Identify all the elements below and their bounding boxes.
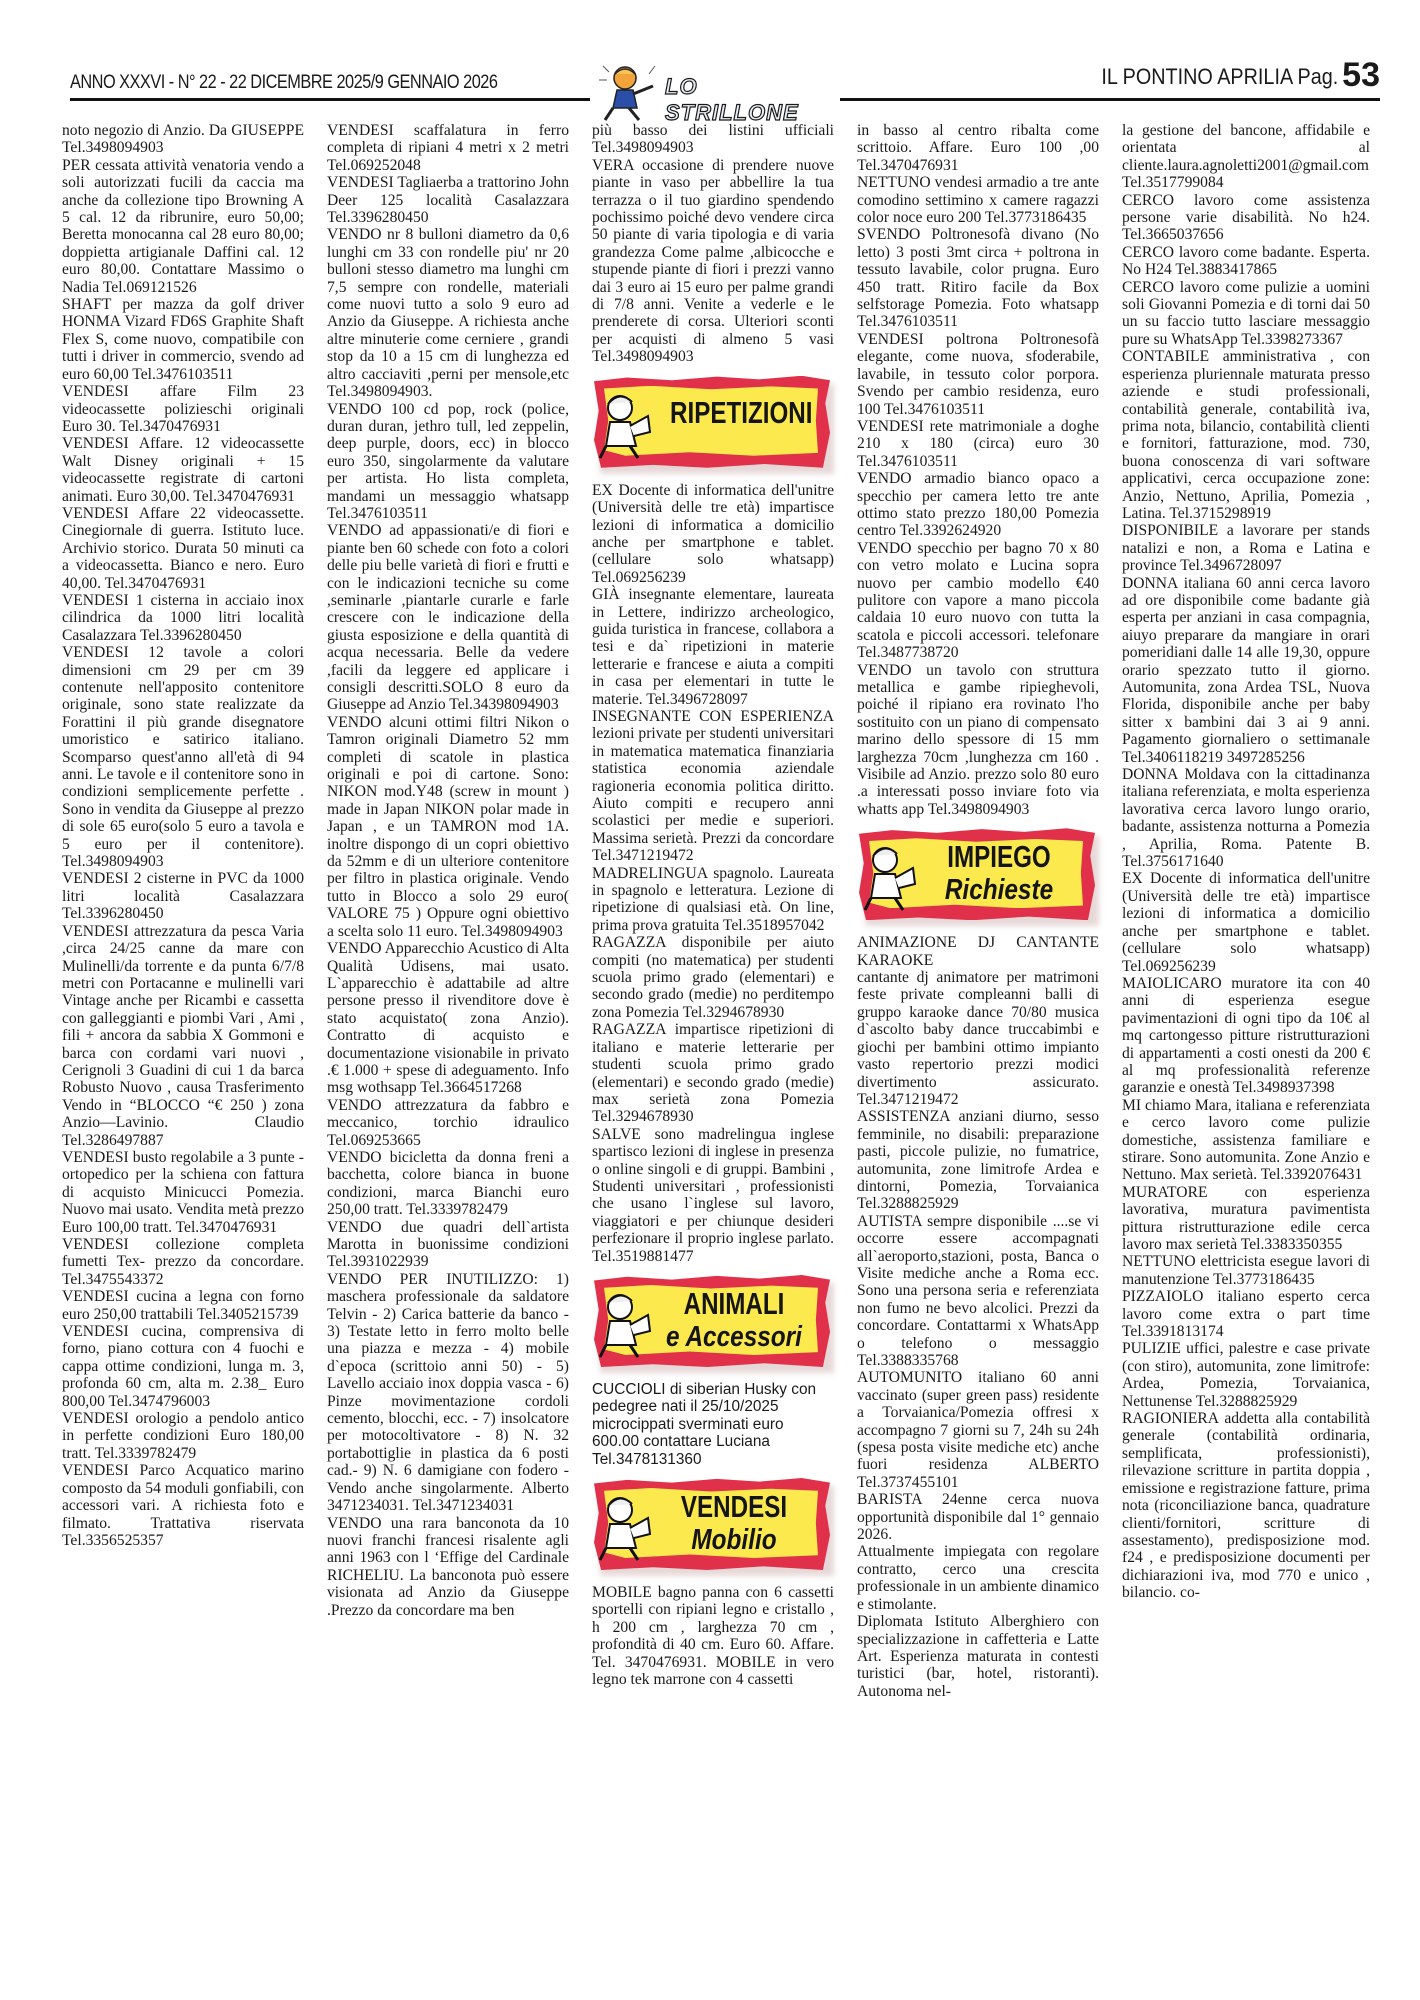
classified-ad: in basso al centro ribalta come scrittoi… [857, 122, 1099, 174]
classified-ad: VERA occasione di prendere nuove piante … [592, 157, 834, 366]
header-rule-left [70, 98, 590, 101]
page-info: IL PONTINO APRILIA Pag. 53 [1075, 58, 1380, 92]
classified-ad: CERCO lavoro come badante. Esperta. No H… [1122, 244, 1370, 279]
newsboy-mascot-icon [590, 1488, 652, 1564]
classified-ad: PER cessata attività venatoria vendo a s… [62, 157, 304, 296]
classified-ad: VENDESI Parco Acquatico marino composto … [62, 1462, 304, 1549]
classified-ad: più basso dei listini ufficiali Tel.3498… [592, 122, 834, 157]
newsboy-mascot-icon [595, 60, 665, 122]
classified-ad: PULIZIE uffici, palestre e case private … [1122, 1340, 1370, 1410]
banner-subtitle: e Accessori [665, 1321, 803, 1353]
classified-ad: NETTUNO elettricista esegue lavori di ma… [1122, 1253, 1370, 1288]
column-4: in basso al centro ribalta come scrittoi… [857, 122, 1099, 1700]
classified-ad: VENDESI scaffalatura in ferro completa d… [327, 122, 569, 174]
section-banner-animali: ANIMALI e Accessori [594, 1275, 830, 1367]
classified-ad: VENDO bicicletta da donna freni a bacche… [327, 1149, 569, 1219]
page-header: ANNO XXXVI - N° 22 - 22 DICEMBRE 2025/9 … [70, 58, 1380, 118]
classified-ad: EX Docente di informatica dell'unitre (U… [1122, 870, 1370, 974]
classified-ad: DONNA italiana 60 anni cerca lavoro ad o… [1122, 575, 1370, 766]
classified-ad: ASSISTENZA anziani diurno, sesso femmini… [857, 1108, 1099, 1212]
classified-ad: RAGAZZA impartisce ripetizioni di italia… [592, 1021, 834, 1125]
classified-ad: VENDESI 12 tavole a colori dimensioni cm… [62, 644, 304, 870]
classified-ad: VENDESI cucina, comprensiva di forno, pi… [62, 1323, 304, 1410]
classified-ad: VENDESI collezione completa fumetti Tex-… [62, 1236, 304, 1288]
classified-ad: cantante dj animatore per matrimoni fest… [857, 969, 1099, 1108]
classified-ad: MURATORE con esperienza lavorativa, mura… [1122, 1184, 1370, 1254]
classified-ad: VENDO nr 8 bulloni diametro da 0,6 lungh… [327, 226, 569, 400]
banner-title: RIPETIZIONI [670, 396, 798, 430]
issue-line: ANNO XXXVI - N° 22 - 22 DICEMBRE 2025/9 … [70, 72, 497, 94]
classified-ad: VENDESI rete matrimoniale a doghe 210 x … [857, 418, 1099, 470]
classified-ad: AUTISTA sempre disponibile ....se vi occ… [857, 1213, 1099, 1370]
classified-ad: VENDO ad appassionati/e di fiori e piant… [327, 522, 569, 713]
classified-ad: DONNA Moldava con la cittadinanza italia… [1122, 766, 1370, 870]
classified-ad: NETTUNO vendesi armadio a tre ante comod… [857, 174, 1099, 226]
classified-ad: VENDESI poltrona Poltronesofà elegante, … [857, 331, 1099, 418]
column-5: la gestione del bancone, affidabile e or… [1122, 122, 1370, 1602]
classified-ad: la gestione del bancone, affidabile e or… [1122, 122, 1370, 192]
classified-ad: RAGAZZA disponibile per aiuto compiti (n… [592, 934, 834, 1021]
classified-ad: VENDESI cucina a legna con forno euro 25… [62, 1288, 304, 1323]
banner-title: ANIMALI [670, 1287, 798, 1321]
classified-ad: CERCO lavoro come pulizie a uomini soli … [1122, 279, 1370, 349]
classified-ad: MI chiamo Mara, italiana e referenziata … [1122, 1097, 1370, 1184]
section-banner-impiego: IMPIEGO Richieste [859, 828, 1095, 920]
newsboy-mascot-icon [590, 1285, 652, 1361]
column-2: VENDESI scaffalatura in ferro completa d… [327, 122, 569, 1619]
section-banner-ripetizioni: RIPETIZIONI [594, 376, 830, 468]
classified-ad: INSEGNANTE CON ESPERIENZA lezioni privat… [592, 708, 834, 865]
classified-ad-heading: ANIMAZIONE DJ CANTANTE KARAOKE [857, 934, 1099, 969]
classified-ad: VENDESI orologio a pendolo antico in per… [62, 1410, 304, 1462]
classified-ad: DISPONIBILE a lavorare per stands natali… [1122, 522, 1370, 574]
classified-ad: SHAFT per mazza da golf driver HONMA Viz… [62, 296, 304, 383]
classified-ad: MAIOLICARO muratore ita con 40 anni di e… [1122, 975, 1370, 1097]
logo-text: LO STRILLONE [665, 74, 835, 126]
classified-ad: VENDO 100 cd pop, rock (police, duran du… [327, 401, 569, 523]
classified-ad: noto negozio di Anzio. Da GIUSEPPE Tel.3… [62, 122, 304, 157]
classified-ad: VENDESI busto regolabile a 3 punte - ort… [62, 1149, 304, 1236]
classified-ad: VENDESI 1 cisterna in acciaio inox cilin… [62, 592, 304, 644]
classified-ad: VENDESI 2 cisterne in PVC da 1000 litri … [62, 870, 304, 922]
header-rule-right [840, 98, 1380, 101]
classified-ad: VENDO PER INUTILIZZO: 1) maschera profes… [327, 1271, 569, 1515]
classified-ad: BARISTA 24enne cerca nuova opportunità d… [857, 1491, 1099, 1543]
column-1: noto negozio di Anzio. Da GIUSEPPE Tel.3… [62, 122, 304, 1549]
classified-ad: MOBILE bagno panna con 6 cassetti sporte… [592, 1584, 834, 1688]
classified-ad: EX Docente di informatica dell'unitre (U… [592, 482, 834, 586]
classified-ad: VENDO specchio per bagno 70 x 80 con vet… [857, 540, 1099, 662]
section-banner-mobilio: VENDESI Mobilio [594, 1478, 830, 1570]
classified-ad: VENDESI Tagliaerba a trattorino John Dee… [327, 174, 569, 226]
classified-ad: SALVE sono madrelingua inglese spartisco… [592, 1126, 834, 1265]
classified-ad: CONTABILE amministrativa , con esperienz… [1122, 348, 1370, 522]
classified-ad: GIÀ insegnante elementare, laureata in L… [592, 586, 834, 708]
classified-ad: VENDO due quadri dell`artista Marotta in… [327, 1219, 569, 1271]
classified-ad: VENDESI Affare 22 videocassette. Cinegio… [62, 505, 304, 592]
classified-ad: VENDO una rara banconota da 10 nuovi fra… [327, 1515, 569, 1619]
classified-ad: AUTOMUNITO italiano 60 anni vaccinato (s… [857, 1369, 1099, 1491]
classified-ad: SVENDO Poltronesofà divano (No letto) 3 … [857, 226, 1099, 330]
classified-ad: VENDESI Affare. 12 videocassette Walt Di… [62, 435, 304, 505]
classified-ad: VENDO un tavolo con struttura metallica … [857, 662, 1099, 819]
lo-strillone-logo: LO STRILLONE [595, 60, 835, 122]
newsboy-mascot-icon [855, 838, 917, 914]
classified-ad: VENDO Apparecchio Acustico di Alta Quali… [327, 940, 569, 1097]
banner-subtitle: Mobilio [665, 1524, 803, 1556]
classified-ad: VENDO attrezzatura da fabbro e meccanico… [327, 1097, 569, 1149]
banner-title: VENDESI [670, 1490, 798, 1524]
classified-ad: VENDO armadio bianco opaco a specchio pe… [857, 470, 1099, 540]
banner-subtitle: Richieste [930, 874, 1068, 906]
banner-title: IMPIEGO [935, 840, 1063, 874]
classified-ad: Diplomata Istituto Alberghiero con speci… [857, 1613, 1099, 1700]
newsboy-mascot-icon [590, 386, 652, 462]
classified-ad: RAGIONIERA addetta alla contabilità gene… [1122, 1410, 1370, 1601]
classified-ad: VENDESI attrezzatura da pesca Varia ,cir… [62, 923, 304, 1149]
classified-ad: CERCO lavoro come assistenza persone var… [1122, 192, 1370, 244]
column-3: più basso dei listini ufficiali Tel.3498… [592, 122, 834, 1688]
classified-ad: VENDO alcuni ottimi filtri Nikon o Tamro… [327, 714, 569, 940]
page-number: 53 [1342, 58, 1380, 92]
classified-ad: CUCCIOLI di siberian Husky con pedegree … [592, 1381, 834, 1468]
classified-ad: PIZZAIOLO italiano esperto cerca lavoro … [1122, 1288, 1370, 1340]
paper-name: IL PONTINO APRILIA Pag. [1101, 64, 1338, 92]
classified-ad: MADRELINGUA spagnolo. Laureata in spagno… [592, 865, 834, 935]
classified-ad: VENDESI affare Film 23 videocassette pol… [62, 383, 304, 435]
classified-ad: Attualmente impiegata con regolare contr… [857, 1543, 1099, 1613]
